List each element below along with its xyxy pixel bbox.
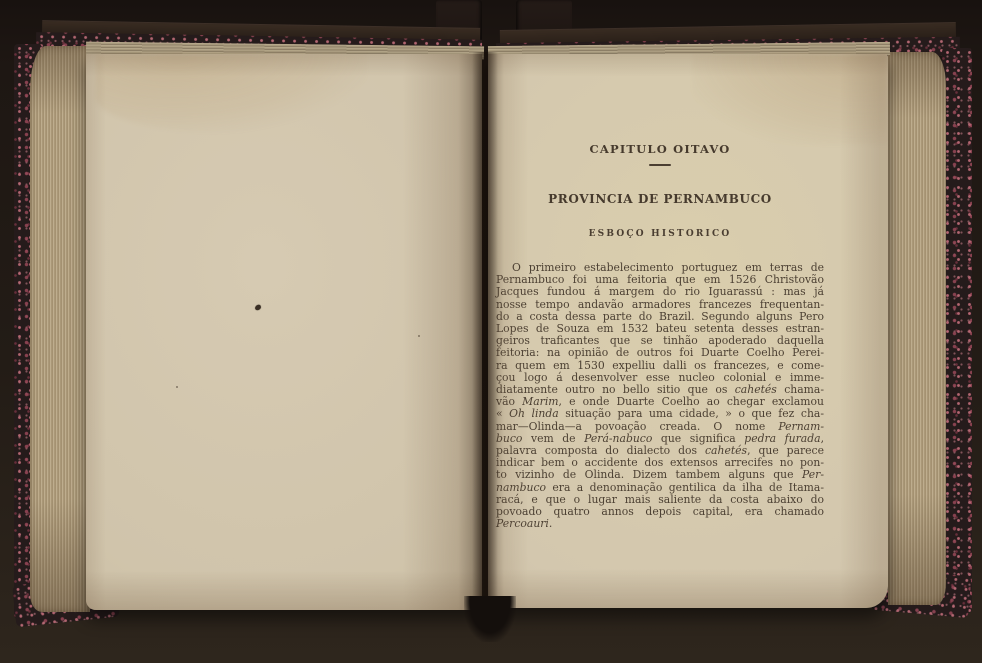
body-line: Percoauri. bbox=[496, 518, 824, 530]
chapter-heading: CAPITULO OITAVO bbox=[496, 142, 824, 156]
paper-stain-right bbox=[693, 54, 888, 144]
body-text: O primeiro estabelecimento portuguez em … bbox=[496, 262, 824, 530]
page-block-fore-edge-right bbox=[888, 52, 946, 605]
paper-speck bbox=[418, 335, 420, 337]
section-subheading: ESBOÇO HISTORICO bbox=[496, 229, 824, 240]
printed-text-block: CAPITULO OITAVO PROVINCIA DE PERNAMBUCO … bbox=[496, 142, 824, 530]
marbled-cover-right bbox=[942, 48, 972, 613]
paper-stain-left bbox=[96, 54, 366, 132]
photo-scene: CAPITULO OITAVO PROVINCIA DE PERNAMBUCO … bbox=[0, 0, 982, 663]
province-heading: PROVINCIA DE PERNAMBUCO bbox=[496, 192, 824, 207]
book-gutter-shadow bbox=[472, 52, 498, 618]
left-page-blank bbox=[86, 54, 482, 610]
ink-spot bbox=[254, 304, 261, 311]
paper-speck bbox=[176, 386, 178, 388]
heading-rule bbox=[649, 164, 671, 166]
right-page: CAPITULO OITAVO PROVINCIA DE PERNAMBUCO … bbox=[488, 54, 888, 608]
book-gutter-bottom-shadow bbox=[464, 596, 516, 642]
page-block-fore-edge-left bbox=[30, 46, 90, 612]
